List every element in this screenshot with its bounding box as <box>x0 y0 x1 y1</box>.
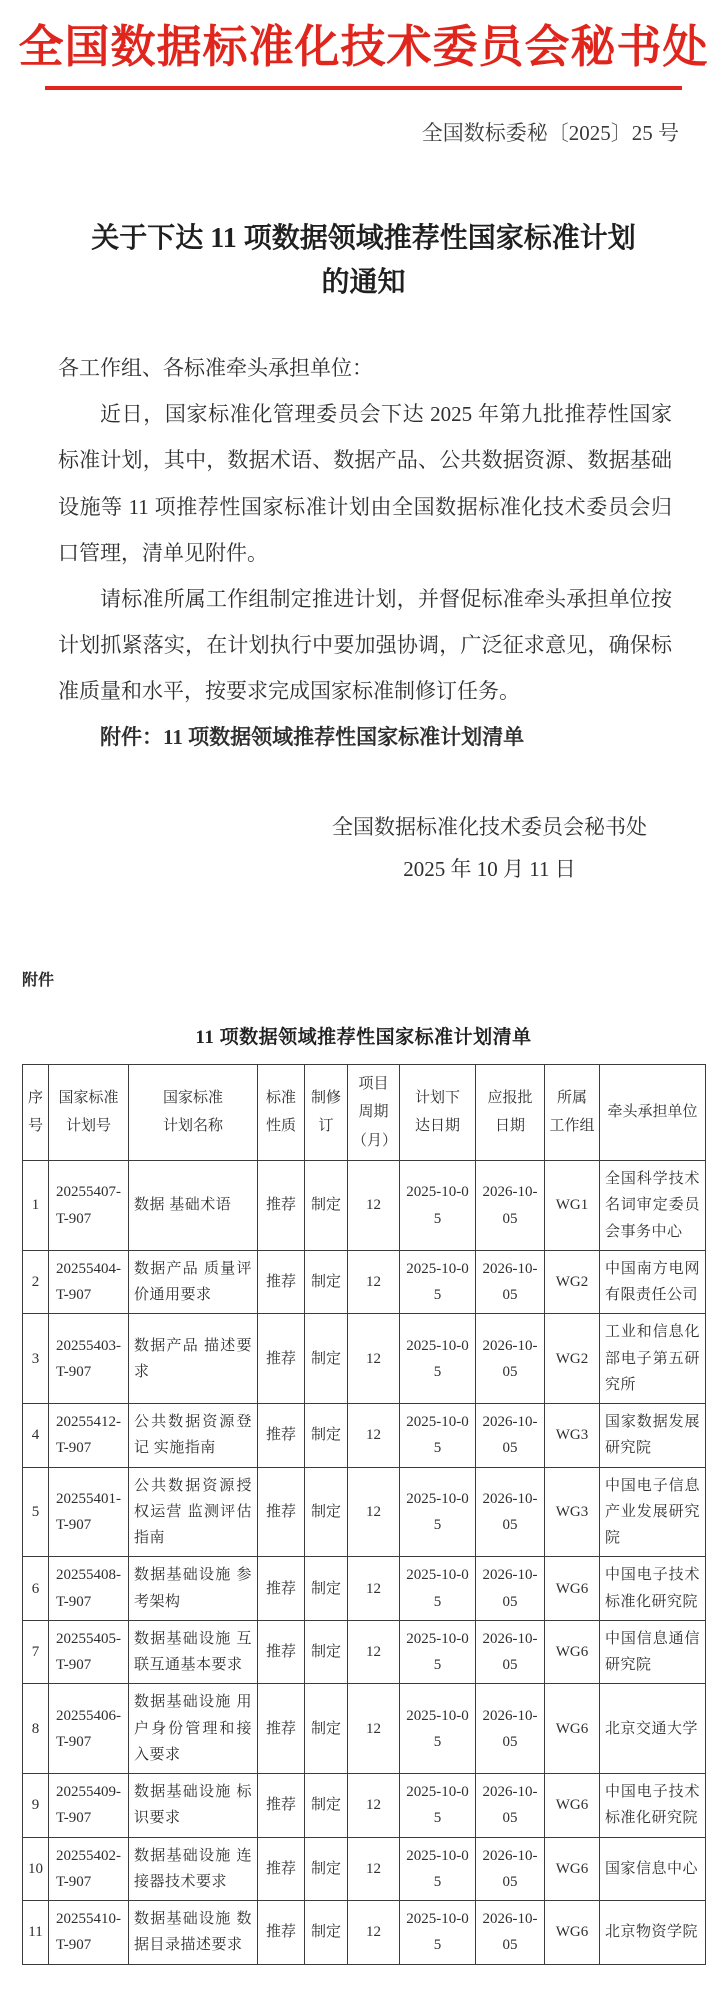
table-row: 920255409-T-907数据基础设施 标识要求推荐制定122025-10-… <box>23 1774 706 1838</box>
table-cell: WG6 <box>545 1557 600 1621</box>
signature-block: 全国数据标准化技术委员会秘书处 2025 年 10 月 11 日 <box>0 811 647 883</box>
plan-table: 序号国家标准 计划号国家标准 计划名称标准 性质制修 订项目 周期 （月）计划下… <box>22 1064 706 1965</box>
table-cell: 制定 <box>305 1314 348 1404</box>
table-cell: 20255409-T-907 <box>49 1774 129 1838</box>
table-cell: 12 <box>348 1314 400 1404</box>
table-cell: 12 <box>348 1467 400 1557</box>
attachment-label: 附件 <box>22 967 727 990</box>
table-cell: 制定 <box>305 1250 348 1314</box>
table-cell: 公共数据资源授权运营 监测评估指南 <box>129 1467 258 1557</box>
table-cell: WG6 <box>545 1684 600 1774</box>
document-title-line2: 的通知 <box>0 261 727 305</box>
table-cell: 2026-10-05 <box>476 1684 545 1774</box>
table-cell: 6 <box>23 1557 49 1621</box>
column-header: 牵头承担单位 <box>600 1064 706 1161</box>
table-cell: 2026-10-05 <box>476 1620 545 1684</box>
table-cell: 推荐 <box>258 1774 305 1838</box>
table-cell: 中国南方电网有限责任公司 <box>600 1250 706 1314</box>
table-cell: 数据基础设施 数据目录描述要求 <box>129 1901 258 1965</box>
table-cell: 推荐 <box>258 1314 305 1404</box>
paragraph-1: 近日，国家标准化管理委员会下达 2025 年第九批推荐性国家标准计划，其中，数据… <box>58 391 672 576</box>
column-header: 计划下 达日期 <box>400 1064 476 1161</box>
table-cell: 2025-10-05 <box>400 1404 476 1468</box>
attachment-table-title: 11 项数据领域推荐性国家标准计划清单 <box>0 1022 727 1049</box>
table-cell: WG6 <box>545 1837 600 1901</box>
table-row: 1020255402-T-907数据基础设施 连接器技术要求推荐制定122025… <box>23 1837 706 1901</box>
salutation: 各工作组、各标准牵头承担单位： <box>58 345 672 391</box>
table-cell: 数据基础设施 互联互通基本要求 <box>129 1620 258 1684</box>
signature-org: 全国数据标准化技术委员会秘书处 <box>332 811 647 841</box>
table-cell: 20255401-T-907 <box>49 1467 129 1557</box>
column-header: 应报批 日期 <box>476 1064 545 1161</box>
table-row: 520255401-T-907公共数据资源授权运营 监测评估指南推荐制定1220… <box>23 1467 706 1557</box>
table-cell: 制定 <box>305 1774 348 1838</box>
table-row: 720255405-T-907数据基础设施 互联互通基本要求推荐制定122025… <box>23 1620 706 1684</box>
table-cell: 12 <box>348 1557 400 1621</box>
table-cell: 制定 <box>305 1901 348 1965</box>
table-cell: 制定 <box>305 1161 348 1251</box>
table-cell: 推荐 <box>258 1901 305 1965</box>
table-cell: 国家信息中心 <box>600 1837 706 1901</box>
table-cell: WG3 <box>545 1467 600 1557</box>
table-cell: 2026-10-05 <box>476 1314 545 1404</box>
table-cell: 12 <box>348 1620 400 1684</box>
table-cell: 11 <box>23 1901 49 1965</box>
table-cell: 2026-10-05 <box>476 1161 545 1251</box>
table-cell: 2025-10-05 <box>400 1837 476 1901</box>
table-cell: 制定 <box>305 1467 348 1557</box>
table-cell: WG6 <box>545 1774 600 1838</box>
table-cell: 中国电子技术标准化研究院 <box>600 1774 706 1838</box>
table-cell: 中国电子信息产业发展研究院 <box>600 1467 706 1557</box>
table-cell: 4 <box>23 1404 49 1468</box>
column-header: 国家标准 计划名称 <box>129 1064 258 1161</box>
table-cell: 2025-10-05 <box>400 1467 476 1557</box>
table-cell: 全国科学技术名词审定委员会事务中心 <box>600 1161 706 1251</box>
table-cell: 20255412-T-907 <box>49 1404 129 1468</box>
table-cell: 中国电子技术标准化研究院 <box>600 1557 706 1621</box>
column-header: 序号 <box>23 1064 49 1161</box>
table-cell: 10 <box>23 1837 49 1901</box>
table-cell: 2026-10-05 <box>476 1467 545 1557</box>
table-cell: 1 <box>23 1161 49 1251</box>
table-row: 820255406-T-907数据基础设施 用户身份管理和接入要求推荐制定122… <box>23 1684 706 1774</box>
table-cell: 数据基础设施 参考架构 <box>129 1557 258 1621</box>
table-cell: 2025-10-05 <box>400 1314 476 1404</box>
table-cell: 12 <box>348 1774 400 1838</box>
table-cell: 2026-10-05 <box>476 1250 545 1314</box>
table-cell: 2025-10-05 <box>400 1557 476 1621</box>
table-cell: 推荐 <box>258 1620 305 1684</box>
table-cell: 2025-10-05 <box>400 1620 476 1684</box>
document-page: 全国数据标准化技术委员会秘书处 全国数标委秘〔2025〕25 号 关于下达 11… <box>0 0 727 2007</box>
table-cell: 12 <box>348 1837 400 1901</box>
column-header: 项目 周期 （月） <box>348 1064 400 1161</box>
table-cell: 推荐 <box>258 1557 305 1621</box>
table-cell: 20255406-T-907 <box>49 1684 129 1774</box>
table-cell: 推荐 <box>258 1837 305 1901</box>
table-cell: 数据基础设施 标识要求 <box>129 1774 258 1838</box>
letterhead-rule <box>45 86 682 90</box>
table-cell: WG6 <box>545 1901 600 1965</box>
table-cell: 20255407-T-907 <box>49 1161 129 1251</box>
table-cell: 12 <box>348 1684 400 1774</box>
table-cell: 北京物资学院 <box>600 1901 706 1965</box>
table-row: 220255404-T-907数据产品 质量评价通用要求推荐制定122025-1… <box>23 1250 706 1314</box>
signature-date: 2025 年 10 月 11 日 <box>332 853 647 883</box>
table-cell: 3 <box>23 1314 49 1404</box>
table-cell: 2026-10-05 <box>476 1557 545 1621</box>
table-cell: 2025-10-05 <box>400 1774 476 1838</box>
table-cell: 推荐 <box>258 1467 305 1557</box>
table-cell: WG2 <box>545 1314 600 1404</box>
table-cell: 数据基础设施 连接器技术要求 <box>129 1837 258 1901</box>
table-cell: 20255403-T-907 <box>49 1314 129 1404</box>
table-cell: 制定 <box>305 1620 348 1684</box>
table-cell: 推荐 <box>258 1161 305 1251</box>
table-cell: 9 <box>23 1774 49 1838</box>
table-row: 420255412-T-907公共数据资源登记 实施指南推荐制定122025-1… <box>23 1404 706 1468</box>
table-cell: 8 <box>23 1684 49 1774</box>
table-cell: 推荐 <box>258 1404 305 1468</box>
table-cell: 2 <box>23 1250 49 1314</box>
table-cell: 数据 基础术语 <box>129 1161 258 1251</box>
column-header: 所属 工作组 <box>545 1064 600 1161</box>
table-row: 620255408-T-907数据基础设施 参考架构推荐制定122025-10-… <box>23 1557 706 1621</box>
document-body: 各工作组、各标准牵头承担单位： 近日，国家标准化管理委员会下达 2025 年第九… <box>58 345 672 761</box>
table-row: 120255407-T-907数据 基础术语推荐制定122025-10-0520… <box>23 1161 706 1251</box>
table-cell: 推荐 <box>258 1250 305 1314</box>
table-cell: 公共数据资源登记 实施指南 <box>129 1404 258 1468</box>
table-cell: 12 <box>348 1161 400 1251</box>
column-header: 制修 订 <box>305 1064 348 1161</box>
table-cell: 20255404-T-907 <box>49 1250 129 1314</box>
table-row: 1120255410-T-907数据基础设施 数据目录描述要求推荐制定12202… <box>23 1901 706 1965</box>
document-title: 关于下达 11 项数据领域推荐性国家标准计划 的通知 <box>0 217 727 305</box>
table-cell: 2025-10-05 <box>400 1901 476 1965</box>
column-header: 国家标准 计划号 <box>49 1064 129 1161</box>
document-number: 全国数标委秘〔2025〕25 号 <box>0 117 679 147</box>
table-cell: 制定 <box>305 1404 348 1468</box>
table-cell: 20255402-T-907 <box>49 1837 129 1901</box>
table-cell: 2026-10-05 <box>476 1901 545 1965</box>
table-cell: 12 <box>348 1901 400 1965</box>
table-cell: 中国信息通信研究院 <box>600 1620 706 1684</box>
table-cell: 数据产品 质量评价通用要求 <box>129 1250 258 1314</box>
table-cell: 7 <box>23 1620 49 1684</box>
table-cell: 2026-10-05 <box>476 1774 545 1838</box>
table-cell: 2025-10-05 <box>400 1250 476 1314</box>
table-cell: 20255405-T-907 <box>49 1620 129 1684</box>
table-body: 120255407-T-907数据 基础术语推荐制定122025-10-0520… <box>23 1161 706 1965</box>
document-title-line1: 关于下达 11 项数据领域推荐性国家标准计划 <box>0 217 727 261</box>
table-cell: 2026-10-05 <box>476 1837 545 1901</box>
table-cell: WG6 <box>545 1620 600 1684</box>
table-cell: 北京交通大学 <box>600 1684 706 1774</box>
table-cell: 数据产品 描述要求 <box>129 1314 258 1404</box>
table-cell: 2026-10-05 <box>476 1404 545 1468</box>
table-cell: 20255410-T-907 <box>49 1901 129 1965</box>
table-cell: 国家数据发展研究院 <box>600 1404 706 1468</box>
table-cell: 5 <box>23 1467 49 1557</box>
attachment-note: 附件：11 项数据领域推荐性国家标准计划清单 <box>58 714 672 760</box>
table-cell: 数据基础设施 用户身份管理和接入要求 <box>129 1684 258 1774</box>
table-cell: 工业和信息化部电子第五研究所 <box>600 1314 706 1404</box>
table-cell: WG1 <box>545 1161 600 1251</box>
paragraph-2: 请标准所属工作组制定推进计划，并督促标准牵头承担单位按计划抓紧落实，在计划执行中… <box>58 576 672 715</box>
table-cell: 2025-10-05 <box>400 1684 476 1774</box>
column-header: 标准 性质 <box>258 1064 305 1161</box>
letterhead-title: 全国数据标准化技术委员会秘书处 <box>0 0 727 77</box>
table-cell: 12 <box>348 1404 400 1468</box>
table-cell: 2025-10-05 <box>400 1161 476 1251</box>
table-row: 320255403-T-907数据产品 描述要求推荐制定122025-10-05… <box>23 1314 706 1404</box>
table-header-row: 序号国家标准 计划号国家标准 计划名称标准 性质制修 订项目 周期 （月）计划下… <box>23 1064 706 1161</box>
table-cell: 推荐 <box>258 1684 305 1774</box>
table-cell: 制定 <box>305 1837 348 1901</box>
table-cell: 制定 <box>305 1557 348 1621</box>
table-cell: 20255408-T-907 <box>49 1557 129 1621</box>
table-cell: 制定 <box>305 1684 348 1774</box>
table-cell: WG2 <box>545 1250 600 1314</box>
table-cell: WG3 <box>545 1404 600 1468</box>
table-cell: 12 <box>348 1250 400 1314</box>
